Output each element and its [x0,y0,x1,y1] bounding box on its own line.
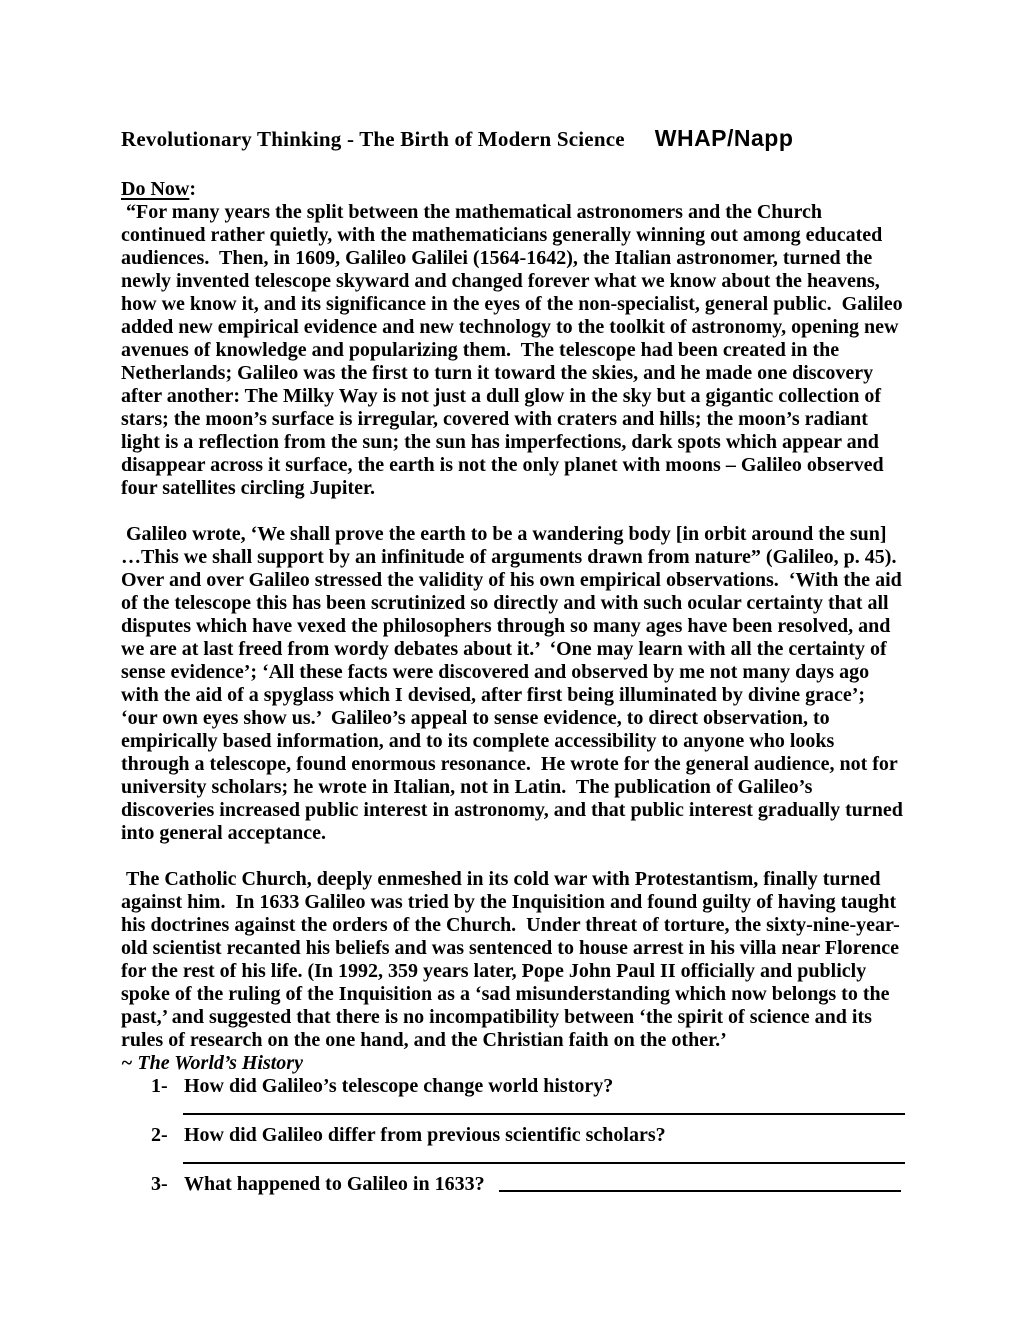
question-3: 3- What happened to Galileo in 1633? [121,1173,905,1196]
question-1-number: 1- [151,1075,184,1098]
course-label: WHAP/Napp [655,125,794,151]
source-attribution: ~ The World’s History [121,1052,905,1075]
question-3-text: What happened to Galileo in 1633? [184,1173,485,1196]
page-title: Revolutionary Thinking - The Birth of Mo… [121,127,625,151]
question-2: 2- How did Galileo differ from previous … [121,1124,905,1147]
title-row: Revolutionary Thinking - The Birth of Mo… [121,126,905,151]
passage-paragraph-2: Galileo wrote, ‘We shall prove the earth… [121,523,905,845]
do-now-heading: Do Now: [121,178,905,201]
question-3-number: 3- [151,1173,184,1196]
passage-paragraph-1: “For many years the split between the ma… [121,201,905,500]
passage-paragraph-3: The Catholic Church, deeply enmeshed in … [121,868,905,1052]
question-2-number: 2- [151,1124,184,1147]
answer-line-1 [183,1113,905,1115]
answer-line-3 [499,1190,901,1192]
do-now-colon: : [189,178,196,200]
question-1-text: How did Galileo’s telescope change world… [184,1075,613,1098]
question-2-text: How did Galileo differ from previous sci… [184,1124,666,1147]
worksheet-page: Revolutionary Thinking - The Birth of Mo… [0,0,1020,1320]
do-now-label: Do Now [121,178,189,200]
answer-line-2 [183,1162,905,1164]
question-1: 1- How did Galileo’s telescope change wo… [121,1075,905,1098]
